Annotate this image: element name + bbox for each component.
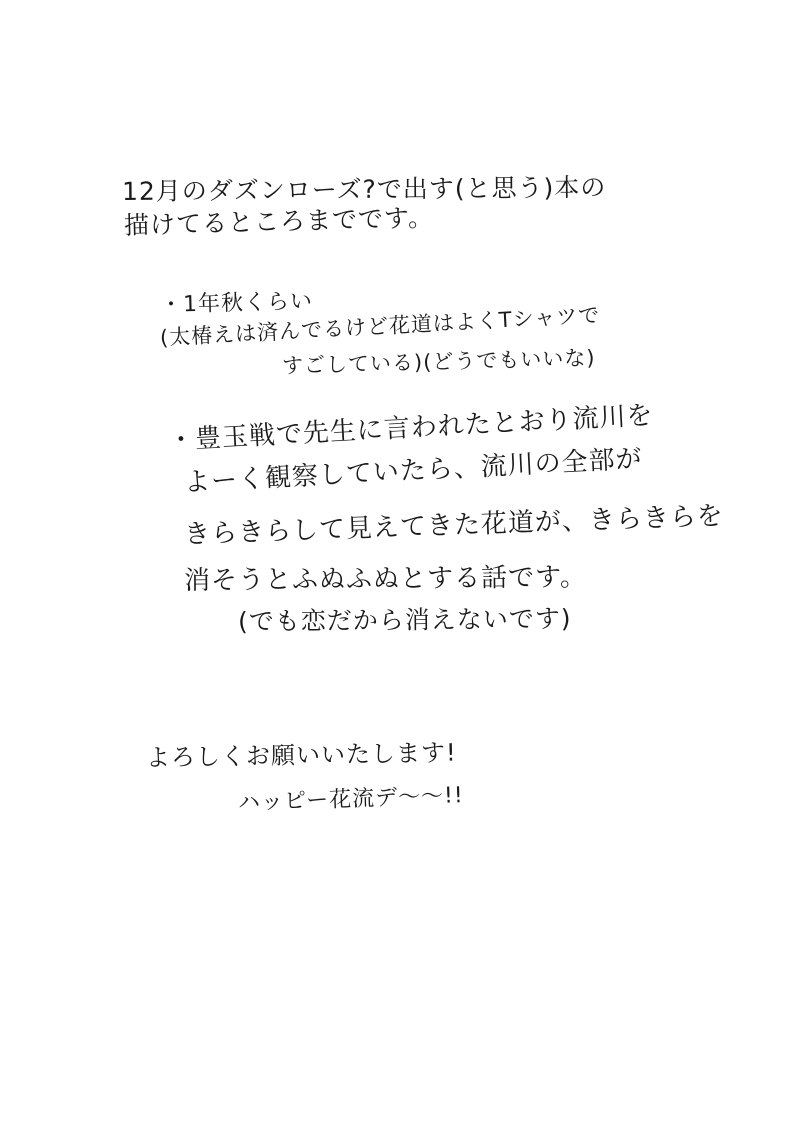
bullet-1-aside-2: すごしている)(どうでもいいな)	[282, 342, 596, 380]
intro-line-2: 描けてるところまでです。	[124, 198, 435, 242]
bullet-2-line-3: きらきらして見えてきた花道が、きらきらを	[183, 495, 724, 551]
bullet-1-title: ・1年秋くらい	[160, 284, 314, 319]
bullet-2-aside: (でも恋だから消えないです)	[238, 599, 572, 638]
bullet-2-line-4: 消そうとふぬふぬとする話です。	[184, 556, 587, 597]
closing-line-2: ハッピー花流デ〜〜!!	[237, 778, 464, 817]
closing-line-1: よろしくお願いいたします!	[146, 733, 457, 773]
